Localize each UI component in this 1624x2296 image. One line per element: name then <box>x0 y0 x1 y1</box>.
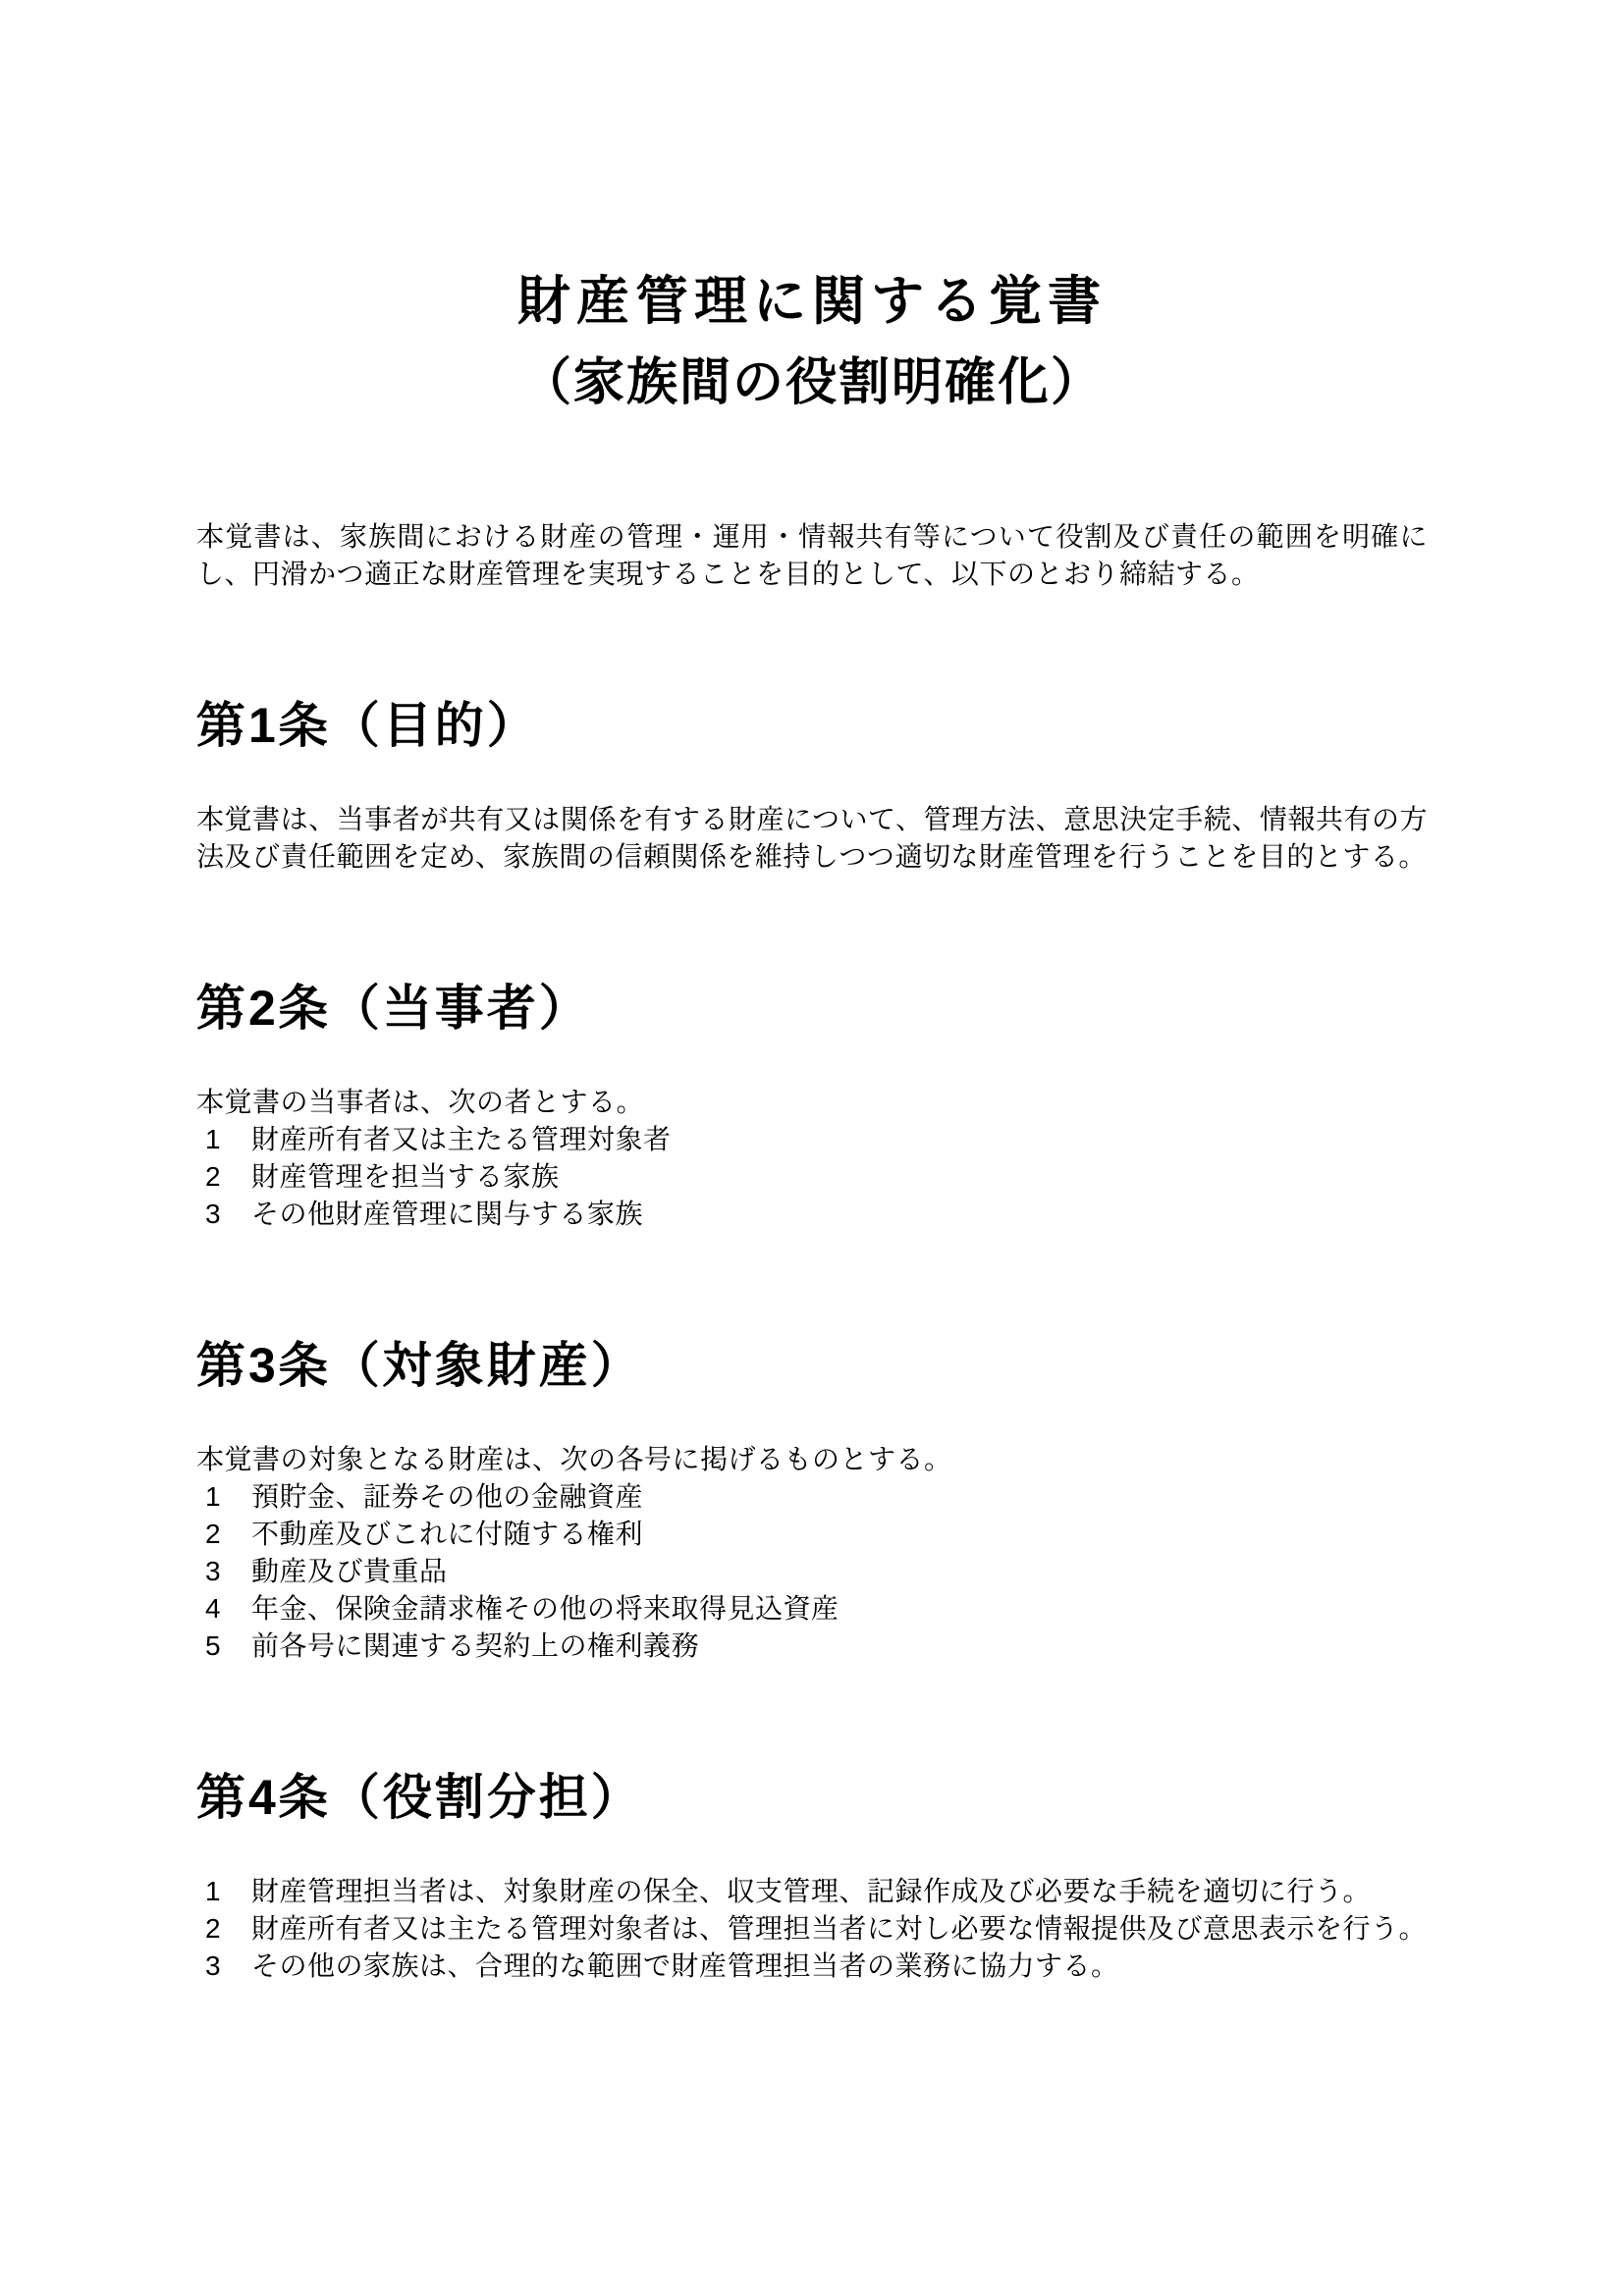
item-number: 3 <box>196 1196 251 1233</box>
item-text: 財産所有者又は主たる管理対象者 <box>251 1121 1428 1158</box>
article-section: 第2条（当事者）本覚書の当事者は、次の者とする。1財産所有者又は主たる管理対象者… <box>196 980 1428 1233</box>
article-heading: 第4条（役割分担） <box>196 1769 1428 1826</box>
article-section: 第3条（対象財産）本覚書の対象となる財産は、次の各号に掲げるものとする。1預貯金… <box>196 1337 1428 1665</box>
item-number: 1 <box>196 1478 251 1516</box>
list-item: 1財産管理担当者は、対象財産の保全、収支管理、記録作成及び必要な手続を適切に行う… <box>196 1873 1428 1910</box>
article-lead: 本覚書の対象となる財産は、次の各号に掲げるものとする。 <box>196 1441 1428 1478</box>
item-text: 預貯金、証券その他の金融資産 <box>251 1478 1428 1516</box>
item-number: 1 <box>196 1873 251 1910</box>
list-item: 4年金、保険金請求権その他の将来取得見込資産 <box>196 1590 1428 1628</box>
document-page: 財産管理に関する覚書 （家族間の役割明確化） 本覚書は、家族間における財産の管理… <box>0 0 1624 2296</box>
list-item: 1財産所有者又は主たる管理対象者 <box>196 1121 1428 1158</box>
item-number: 5 <box>196 1628 251 1665</box>
list-item: 3その他財産管理に関与する家族 <box>196 1196 1428 1233</box>
list-item: 2財産管理を担当する家族 <box>196 1158 1428 1196</box>
document-content: 財産管理に関する覚書 （家族間の役割明確化） 本覚書は、家族間における財産の管理… <box>0 271 1624 1985</box>
item-text: 不動産及びこれに付随する権利 <box>251 1516 1428 1553</box>
item-number: 2 <box>196 1516 251 1553</box>
list-item: 1預貯金、証券その他の金融資産 <box>196 1478 1428 1516</box>
list-item: 3その他の家族は、合理的な範囲で財産管理担当者の業務に協力する。 <box>196 1948 1428 1985</box>
item-text: その他の家族は、合理的な範囲で財産管理担当者の業務に協力する。 <box>251 1948 1428 1985</box>
list-item: 2財産所有者又は主たる管理対象者は、管理担当者に対し必要な情報提供及び意思表示を… <box>196 1910 1428 1948</box>
item-text: 財産管理を担当する家族 <box>251 1158 1428 1196</box>
article-heading: 第1条（目的） <box>196 697 1428 754</box>
item-number: 1 <box>196 1121 251 1158</box>
item-number: 3 <box>196 1948 251 1985</box>
page-title: 財産管理に関する覚書 <box>196 271 1428 332</box>
item-number: 4 <box>196 1590 251 1628</box>
item-text: 財産管理担当者は、対象財産の保全、収支管理、記録作成及び必要な手続を適切に行う。 <box>251 1873 1428 1910</box>
articles-container: 第1条（目的）本覚書は、当事者が共有又は関係を有する財産について、管理方法、意思… <box>196 697 1428 1985</box>
list-item: 3動産及び貴重品 <box>196 1553 1428 1590</box>
item-text: 前各号に関連する契約上の権利義務 <box>251 1628 1428 1665</box>
item-text: 年金、保険金請求権その他の将来取得見込資産 <box>251 1590 1428 1628</box>
list-item: 2不動産及びこれに付随する権利 <box>196 1516 1428 1553</box>
item-number: 2 <box>196 1158 251 1196</box>
item-text: その他財産管理に関与する家族 <box>251 1196 1428 1233</box>
intro-paragraph: 本覚書は、家族間における財産の管理・運用・情報共有等について役割及び責任の範囲を… <box>196 518 1428 593</box>
item-text: 動産及び貴重品 <box>251 1553 1428 1590</box>
article-section: 第4条（役割分担）1財産管理担当者は、対象財産の保全、収支管理、記録作成及び必要… <box>196 1769 1428 1985</box>
article-body: 本覚書は、当事者が共有又は関係を有する財産について、管理方法、意思決定手続、情報… <box>196 801 1428 876</box>
item-number: 2 <box>196 1910 251 1948</box>
list-item: 5前各号に関連する契約上の権利義務 <box>196 1628 1428 1665</box>
article-section: 第1条（目的）本覚書は、当事者が共有又は関係を有する財産について、管理方法、意思… <box>196 697 1428 876</box>
page-subtitle: （家族間の役割明確化） <box>196 353 1428 412</box>
article-heading: 第2条（当事者） <box>196 980 1428 1037</box>
article-lead: 本覚書の当事者は、次の者とする。 <box>196 1084 1428 1121</box>
item-text: 財産所有者又は主たる管理対象者は、管理担当者に対し必要な情報提供及び意思表示を行… <box>251 1910 1428 1948</box>
article-heading: 第3条（対象財産） <box>196 1337 1428 1394</box>
item-number: 3 <box>196 1553 251 1590</box>
